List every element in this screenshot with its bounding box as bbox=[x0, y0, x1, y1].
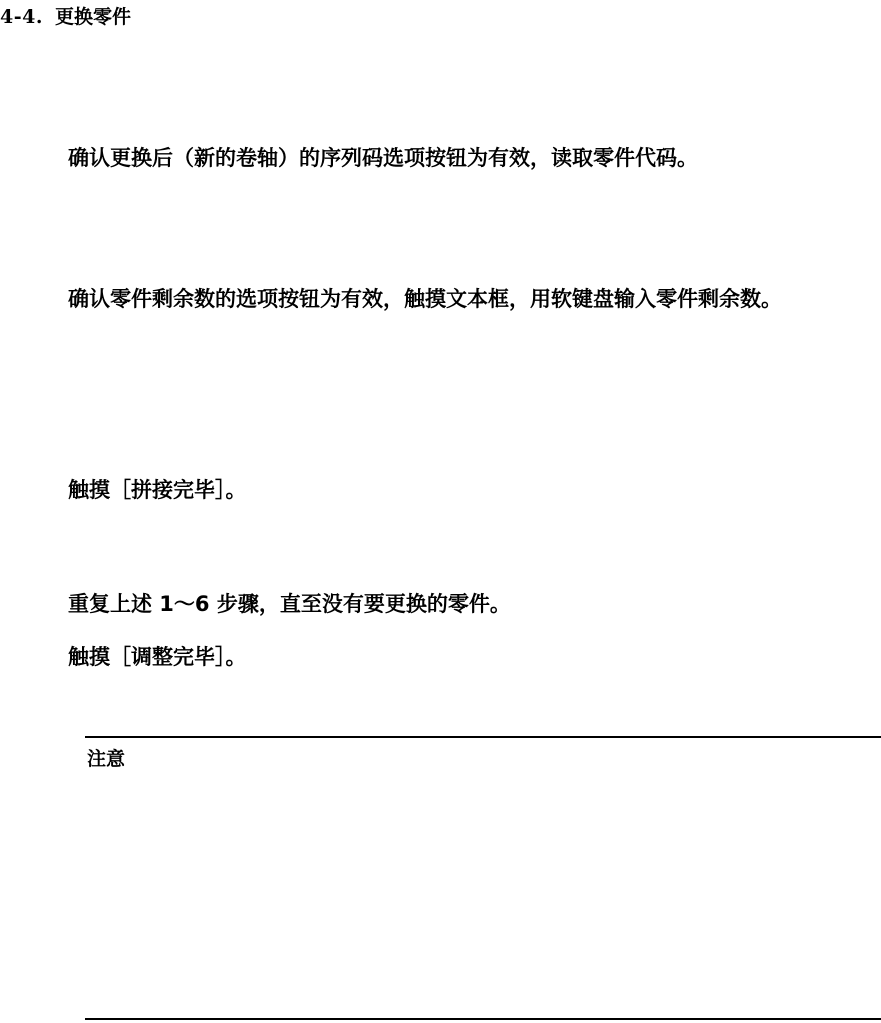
step-text-1: 确认更换后（新的卷轴）的序列码选项按钮为有效，读取零件代码。 bbox=[68, 145, 698, 171]
step-text-3: 触摸［拼接完毕］。 bbox=[68, 477, 247, 503]
step-text-2: 确认零件剩余数的选项按钮为有效，触摸文本框，用软键盘输入零件剩余数。 bbox=[68, 286, 782, 312]
note-divider bbox=[85, 736, 881, 738]
note-label: 注意 bbox=[87, 747, 125, 772]
page-bottom-rule bbox=[85, 1018, 881, 1020]
section-title: 更换零件 bbox=[55, 6, 131, 28]
manual-page: 4-4.更换零件 确认更换后（新的卷轴）的序列码选项按钮为有效，读取零件代码。 … bbox=[0, 0, 881, 1023]
section-number: 4-4. bbox=[0, 6, 43, 28]
step-text-4: 重复上述 1～6 步骤，直至没有要更换的零件。 bbox=[68, 591, 511, 617]
step-text-5: 触摸［调整完毕］。 bbox=[68, 644, 247, 670]
section-header: 4-4.更换零件 bbox=[0, 5, 131, 29]
